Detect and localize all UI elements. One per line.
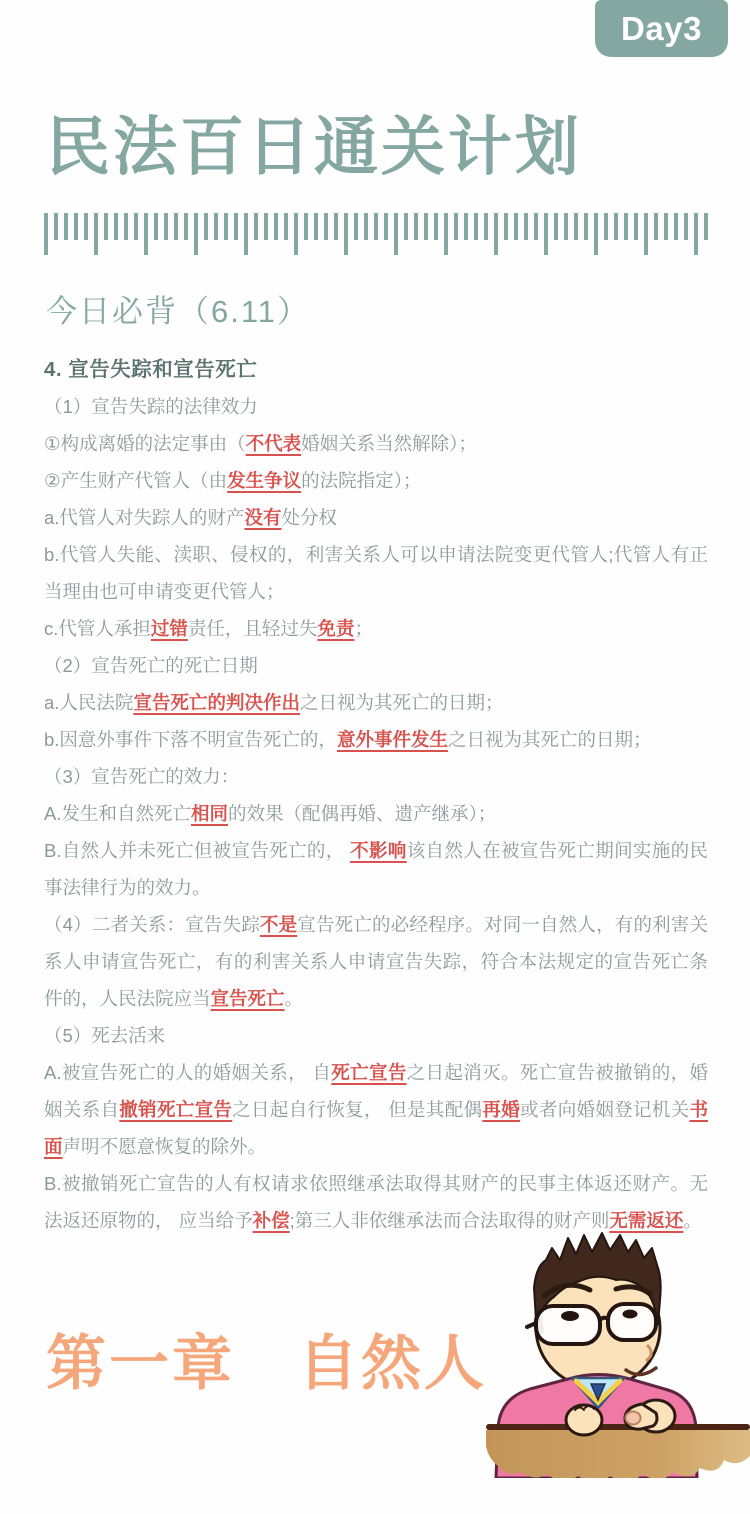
- ruler-tick: [694, 213, 698, 255]
- teacher-mascot-illustration: [480, 1228, 750, 1478]
- ruler-tick: [364, 213, 368, 240]
- highlight-term: 撤销死亡宣告: [119, 1099, 232, 1120]
- ruler-tick: [684, 213, 688, 240]
- highlight-term: 宣告死亡: [211, 988, 285, 1009]
- ruler-tick: [294, 213, 298, 255]
- ruler-tick: [384, 213, 388, 240]
- ruler-tick: [614, 213, 618, 240]
- ruler-tick: [704, 213, 708, 240]
- ruler-tick: [224, 213, 228, 240]
- ruler-tick: [454, 213, 458, 240]
- ruler-tick: [674, 213, 678, 240]
- note-paragraph: （2）宣告死亡的死亡日期: [44, 647, 708, 684]
- ruler-tick: [284, 213, 288, 240]
- ruler-tick: [344, 213, 348, 255]
- ruler-tick: [264, 213, 268, 240]
- highlight-term: 补偿: [253, 1210, 290, 1231]
- ruler-tick: [584, 213, 588, 240]
- ruler-tick: [564, 213, 568, 240]
- ruler-tick: [494, 213, 498, 255]
- highlight-term: 宣告死亡的判决作出: [133, 692, 300, 713]
- ruler-tick: [134, 213, 138, 240]
- highlight-term: 意外事件发生: [337, 729, 448, 750]
- ruler-tick: [654, 213, 658, 240]
- highlight-term: 免责: [317, 618, 354, 639]
- note-paragraph: 4. 宣告失踪和宣告死亡: [44, 351, 708, 388]
- highlight-term: 不影响: [350, 840, 407, 861]
- note-text: b.代管人失能、渎职、侵权的，利害关系人可以申请法院变更代管人;代管人有正当理由…: [44, 544, 708, 602]
- note-text: ①构成离婚的法定事由（: [44, 433, 246, 454]
- note-text: 之日起自行恢复， 但是其配偶: [232, 1099, 482, 1120]
- note-paragraph: b.代管人失能、渎职、侵权的，利害关系人可以申请法院变更代管人;代管人有正当理由…: [44, 536, 708, 610]
- note-text: 声明不愿意恢复的除外。: [63, 1136, 267, 1157]
- ruler-tick: [624, 213, 628, 240]
- mascot-tabletop: [486, 1430, 750, 1478]
- note-paragraph: （5）死去活来: [44, 1017, 708, 1054]
- ruler-tick: [504, 213, 508, 240]
- note-text: 的法院指定）；: [301, 470, 421, 491]
- ruler-tick: [154, 213, 158, 240]
- ruler-tick: [244, 213, 248, 255]
- ruler-tick: [254, 213, 258, 240]
- ruler-tick: [324, 213, 328, 240]
- highlight-term: 相同: [191, 803, 228, 824]
- ruler-tick: [434, 213, 438, 240]
- ruler-tick: [634, 213, 638, 240]
- note-text: a.人民法院: [44, 692, 133, 713]
- day-badge: Day3: [595, 0, 728, 57]
- mascot-eye-left: [561, 1311, 579, 1321]
- note-text: b.因意外事件下落不明宣告死亡的，: [44, 729, 337, 750]
- note-text: 处分权: [281, 507, 337, 528]
- ruler-tick: [554, 213, 558, 240]
- ruler-tick: [114, 213, 118, 240]
- highlight-term: 不是: [260, 914, 297, 935]
- note-text: （5）死去活来: [44, 1025, 165, 1046]
- study-notes: 4. 宣告失踪和宣告死亡（1）宣告失踪的法律效力①构成离婚的法定事由（不代表婚姻…: [44, 351, 708, 1239]
- note-paragraph: B.自然人并未死亡但被宣告死亡的， 不影响该自然人在被宣告死亡期间实施的民事法律…: [44, 832, 708, 906]
- ruler-tick: [524, 213, 528, 240]
- chapter-title: 第一章 自然人: [46, 1316, 487, 1402]
- mascot-eye-right: [623, 1310, 638, 1319]
- highlight-term: 发生争议: [227, 470, 301, 491]
- note-text: 。: [285, 988, 304, 1009]
- ruler-tick: [474, 213, 478, 240]
- ruler-tick: [214, 213, 218, 240]
- mascot-glasses-right-lens: [608, 1304, 656, 1340]
- note-paragraph: a.代管人对失踪人的财产没有处分权: [44, 499, 708, 536]
- ruler-tick: [424, 213, 428, 240]
- mascot-fingernail: [626, 1412, 641, 1425]
- ruler-tick: [644, 213, 648, 255]
- note-paragraph: ①构成离婚的法定事由（不代表婚姻关系当然解除）；: [44, 425, 708, 462]
- note-text: （1）宣告失踪的法律效力: [44, 396, 258, 417]
- highlight-term: 过错: [151, 618, 188, 639]
- highlight-term: 不代表: [246, 433, 302, 454]
- ruler-tick: [194, 213, 198, 255]
- note-text: ；: [354, 618, 373, 639]
- ruler-tick: [514, 213, 518, 240]
- page-title: 民法百日通关计划: [46, 96, 582, 188]
- note-text: 婚姻关系当然解除）；: [301, 433, 477, 454]
- ruler-tick: [534, 213, 538, 240]
- note-paragraph: A.被宣告死亡的人的婚姻关系， 自死亡宣告之日起消灭。死亡宣告被撤销的，婚姻关系…: [44, 1054, 708, 1165]
- note-paragraph: （3）宣告死亡的效力：: [44, 758, 708, 795]
- note-paragraph: a.人民法院宣告死亡的判决作出之日视为其死亡的日期；: [44, 684, 708, 721]
- ruler-tick: [484, 213, 488, 240]
- note-text: ②产生财产代管人（由: [44, 470, 227, 491]
- note-paragraph: ②产生财产代管人（由发生争议的法院指定）；: [44, 462, 708, 499]
- note-text: 4. 宣告失踪和宣告死亡: [44, 358, 257, 381]
- subtitle: 今日必背（6.11）: [46, 286, 310, 331]
- note-text: 的效果（配偶再婚、遗产继承）；: [228, 803, 496, 824]
- ruler-tick: [84, 213, 88, 240]
- note-text: A.发生和自然死亡: [44, 803, 191, 824]
- ruler-tick: [304, 213, 308, 240]
- highlight-term: 再婚: [482, 1099, 520, 1120]
- note-text: 之日视为其死亡的日期；: [300, 692, 504, 713]
- ruler-tick: [144, 213, 148, 255]
- highlight-term: 死亡宣告: [331, 1062, 406, 1083]
- ruler-tick: [44, 213, 48, 255]
- ruler-tick: [464, 213, 468, 240]
- highlight-term: 没有: [244, 507, 281, 528]
- note-text: 责任，且轻过失: [188, 618, 318, 639]
- page: Day3 民法百日通关计划 今日必背（6.11） 4. 宣告失踪和宣告死亡（1）…: [0, 0, 750, 1514]
- ruler-tick: [354, 213, 358, 240]
- ruler-tick: [664, 213, 668, 240]
- ruler-tick: [574, 213, 578, 240]
- ruler-tick: [414, 213, 418, 240]
- mascot-glasses-bridge: [600, 1318, 608, 1320]
- mascot-table-edge: [486, 1424, 750, 1430]
- note-text: 或者向婚姻登记机关: [520, 1099, 689, 1120]
- ruler-tick: [314, 213, 318, 240]
- ruler-tick: [594, 213, 598, 255]
- ruler-tick: [274, 213, 278, 240]
- ruler-tick: [74, 213, 78, 240]
- ruler-tick: [54, 213, 58, 240]
- note-text: A.被宣告死亡的人的婚姻关系， 自: [44, 1062, 331, 1083]
- note-paragraph: A.发生和自然死亡相同的效果（配偶再婚、遗产继承）；: [44, 795, 708, 832]
- ruler-tick: [204, 213, 208, 240]
- ruler-tick: [124, 213, 128, 240]
- note-text: 之日视为其死亡的日期；: [448, 729, 652, 750]
- note-text: c.代管人承担: [44, 618, 151, 639]
- ruler-tick: [404, 213, 408, 240]
- note-paragraph: （4）二者关系：宣告失踪不是宣告死亡的必经程序。对同一自然人，有的利害关系人申请…: [44, 906, 708, 1017]
- ruler: [44, 213, 708, 255]
- ruler-tick: [374, 213, 378, 240]
- ruler-tick: [444, 213, 448, 255]
- note-text: a.代管人对失踪人的财产: [44, 507, 244, 528]
- ruler-tick: [544, 213, 548, 255]
- note-text: （3）宣告死亡的效力：: [44, 766, 239, 787]
- note-paragraph: c.代管人承担过错责任，且轻过失免责；: [44, 610, 708, 647]
- note-paragraph: b.因意外事件下落不明宣告死亡的，意外事件发生之日视为其死亡的日期；: [44, 721, 708, 758]
- ruler-tick: [234, 213, 238, 240]
- ruler-tick: [164, 213, 168, 240]
- ruler-tick: [104, 213, 108, 240]
- note-text: （2）宣告死亡的死亡日期: [44, 655, 258, 676]
- note-text: B.自然人并未死亡但被宣告死亡的，: [44, 840, 350, 861]
- ruler-tick: [64, 213, 68, 240]
- note-text: （4）二者关系：宣告失踪: [44, 914, 260, 935]
- ruler-tick: [604, 213, 608, 240]
- ruler-tick: [184, 213, 188, 240]
- ruler-tick: [94, 213, 98, 255]
- ruler-tick: [334, 213, 338, 240]
- ruler-tick: [394, 213, 398, 255]
- ruler-tick: [174, 213, 178, 240]
- note-paragraph: （1）宣告失踪的法律效力: [44, 388, 708, 425]
